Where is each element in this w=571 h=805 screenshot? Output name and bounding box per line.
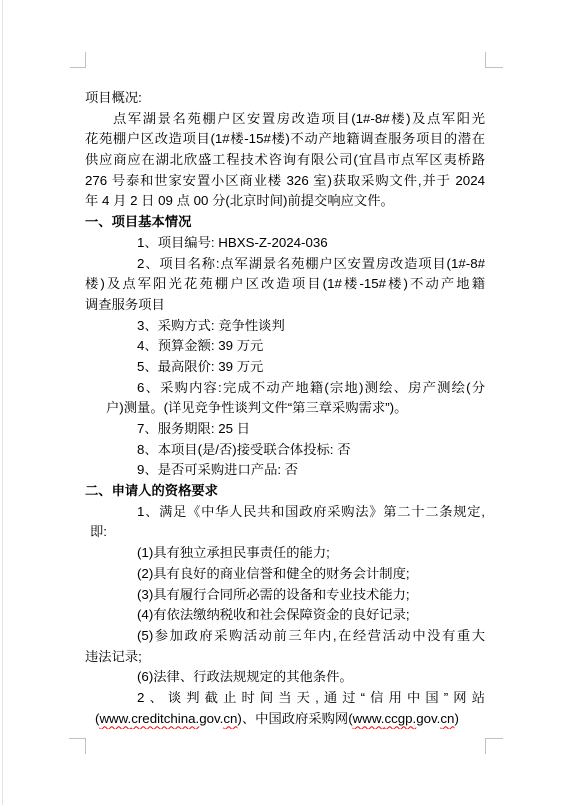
url-text: gov.	[416, 711, 440, 726]
doc-line-27: (5)参加政府采购活动前三年内,在经营活动中没有重大	[85, 626, 485, 647]
doc-line-18: 8、本项目(是/否)接受联合体投标: 否	[85, 440, 485, 461]
text-boundary-mark-top-right	[485, 52, 503, 68]
doc-line-29: (6)法律、行政法规规定的其他条件。	[85, 667, 485, 688]
document-page: 项目概况:点军湖景名苑棚户区安置房改造项目(1#-8#楼)及点军阳光花苑棚户区改…	[0, 0, 571, 805]
doc-line-28: 违法记录;	[85, 647, 485, 668]
doc-line-5: 276 号泰和世家安置小区商业楼 326 室)获取采购文件,并于 2024	[85, 171, 485, 192]
doc-line-19: 9、是否可采购进口产品: 否	[85, 460, 485, 481]
doc-line-7: 一、项目基本情况	[85, 212, 485, 233]
doc-line-3: 花苑棚户区改造项目(1#楼-15#楼)不动产地籍调查服务项目的潜在	[85, 129, 485, 150]
spellcheck-flagged-url-text: ccgp.	[384, 711, 416, 726]
spellcheck-flagged-url-text: www.	[353, 711, 385, 726]
doc-line-12: 3、采购方式: 竞争性谈判	[85, 316, 485, 337]
text-boundary-mark-bottom-right	[485, 738, 503, 754]
url-text: gov.	[199, 711, 223, 726]
doc-line-1: 项目概况:	[85, 88, 485, 109]
doc-line-2: 点军湖景名苑棚户区安置房改造项目(1#-8#楼)及点军阳光	[85, 109, 485, 130]
doc-line-23: (1)具有独立承担民事责任的能力;	[85, 543, 485, 564]
doc-line-4: 供应商应在湖北欣盛工程技术咨询有限公司(宜昌市点军区夷桥路	[85, 150, 485, 171]
doc-line-13: 4、预算金额: 39 万元	[85, 336, 485, 357]
url-text: )	[454, 711, 458, 726]
doc-line-26: (4)有依法缴纳税收和社会保障资金的良好记录;	[85, 605, 485, 626]
spellcheck-flagged-url-text: cn	[223, 711, 237, 726]
doc-line-20: 二、申请人的资格要求	[85, 481, 485, 502]
text-boundary-mark-bottom-left	[69, 738, 86, 754]
doc-line-15: 6、采购内容:完成不动产地籍(宗地)测绘、房产测绘(分	[85, 378, 485, 399]
spellcheck-flagged-url-text: cn	[440, 711, 454, 726]
spellcheck-flagged-url-text: creditchina.	[131, 711, 199, 726]
doc-line-14: 5、最高限价: 39 万元	[85, 357, 485, 378]
doc-line-8: 1、项目编号: HBXS-Z-2024-036	[85, 233, 485, 254]
doc-line-22: 即:	[85, 522, 485, 543]
doc-line-17: 7、服务期限: 25 日	[85, 419, 485, 440]
doc-line-31: (www.creditchina.gov.cn)、中国政府采购网(www.ccg…	[85, 709, 485, 730]
doc-line-10: 楼)及点军阳光花苑棚户区改造项目(1#楼-15#楼)不动产地籍	[85, 274, 485, 295]
spellcheck-flagged-url-text: www.	[99, 711, 131, 726]
doc-line-30: 2、谈判截止时间当天,通过“信用中国”网站	[85, 688, 485, 709]
text-boundary-mark-top-left	[70, 52, 86, 68]
doc-line-11: 调查服务项目	[85, 295, 485, 316]
url-text: )、中国政府采购网(	[237, 711, 352, 726]
document-text: 项目概况:点军湖景名苑棚户区安置房改造项目(1#-8#楼)及点军阳光花苑棚户区改…	[85, 88, 485, 729]
page-left-edge-line	[2, 0, 3, 805]
doc-line-25: (3)具有履行合同所必需的设备和专业技术能力;	[85, 585, 485, 606]
doc-line-24: (2)具有良好的商业信誉和健全的财务会计制度;	[85, 564, 485, 585]
doc-line-6: 年 4 月 2 日 09 点 00 分(北京时间)前提交响应文件。	[85, 191, 485, 212]
doc-line-21: 1、满足《中华人民共和国政府采购法》第二十二条规定,	[85, 502, 485, 523]
doc-line-16: 户)测量。(详见竞争性谈判文件“第三章采购需求”)。	[85, 398, 485, 419]
doc-line-9: 2、项目名称:点军湖景名苑棚户区安置房改造项目(1#-8#	[85, 254, 485, 275]
